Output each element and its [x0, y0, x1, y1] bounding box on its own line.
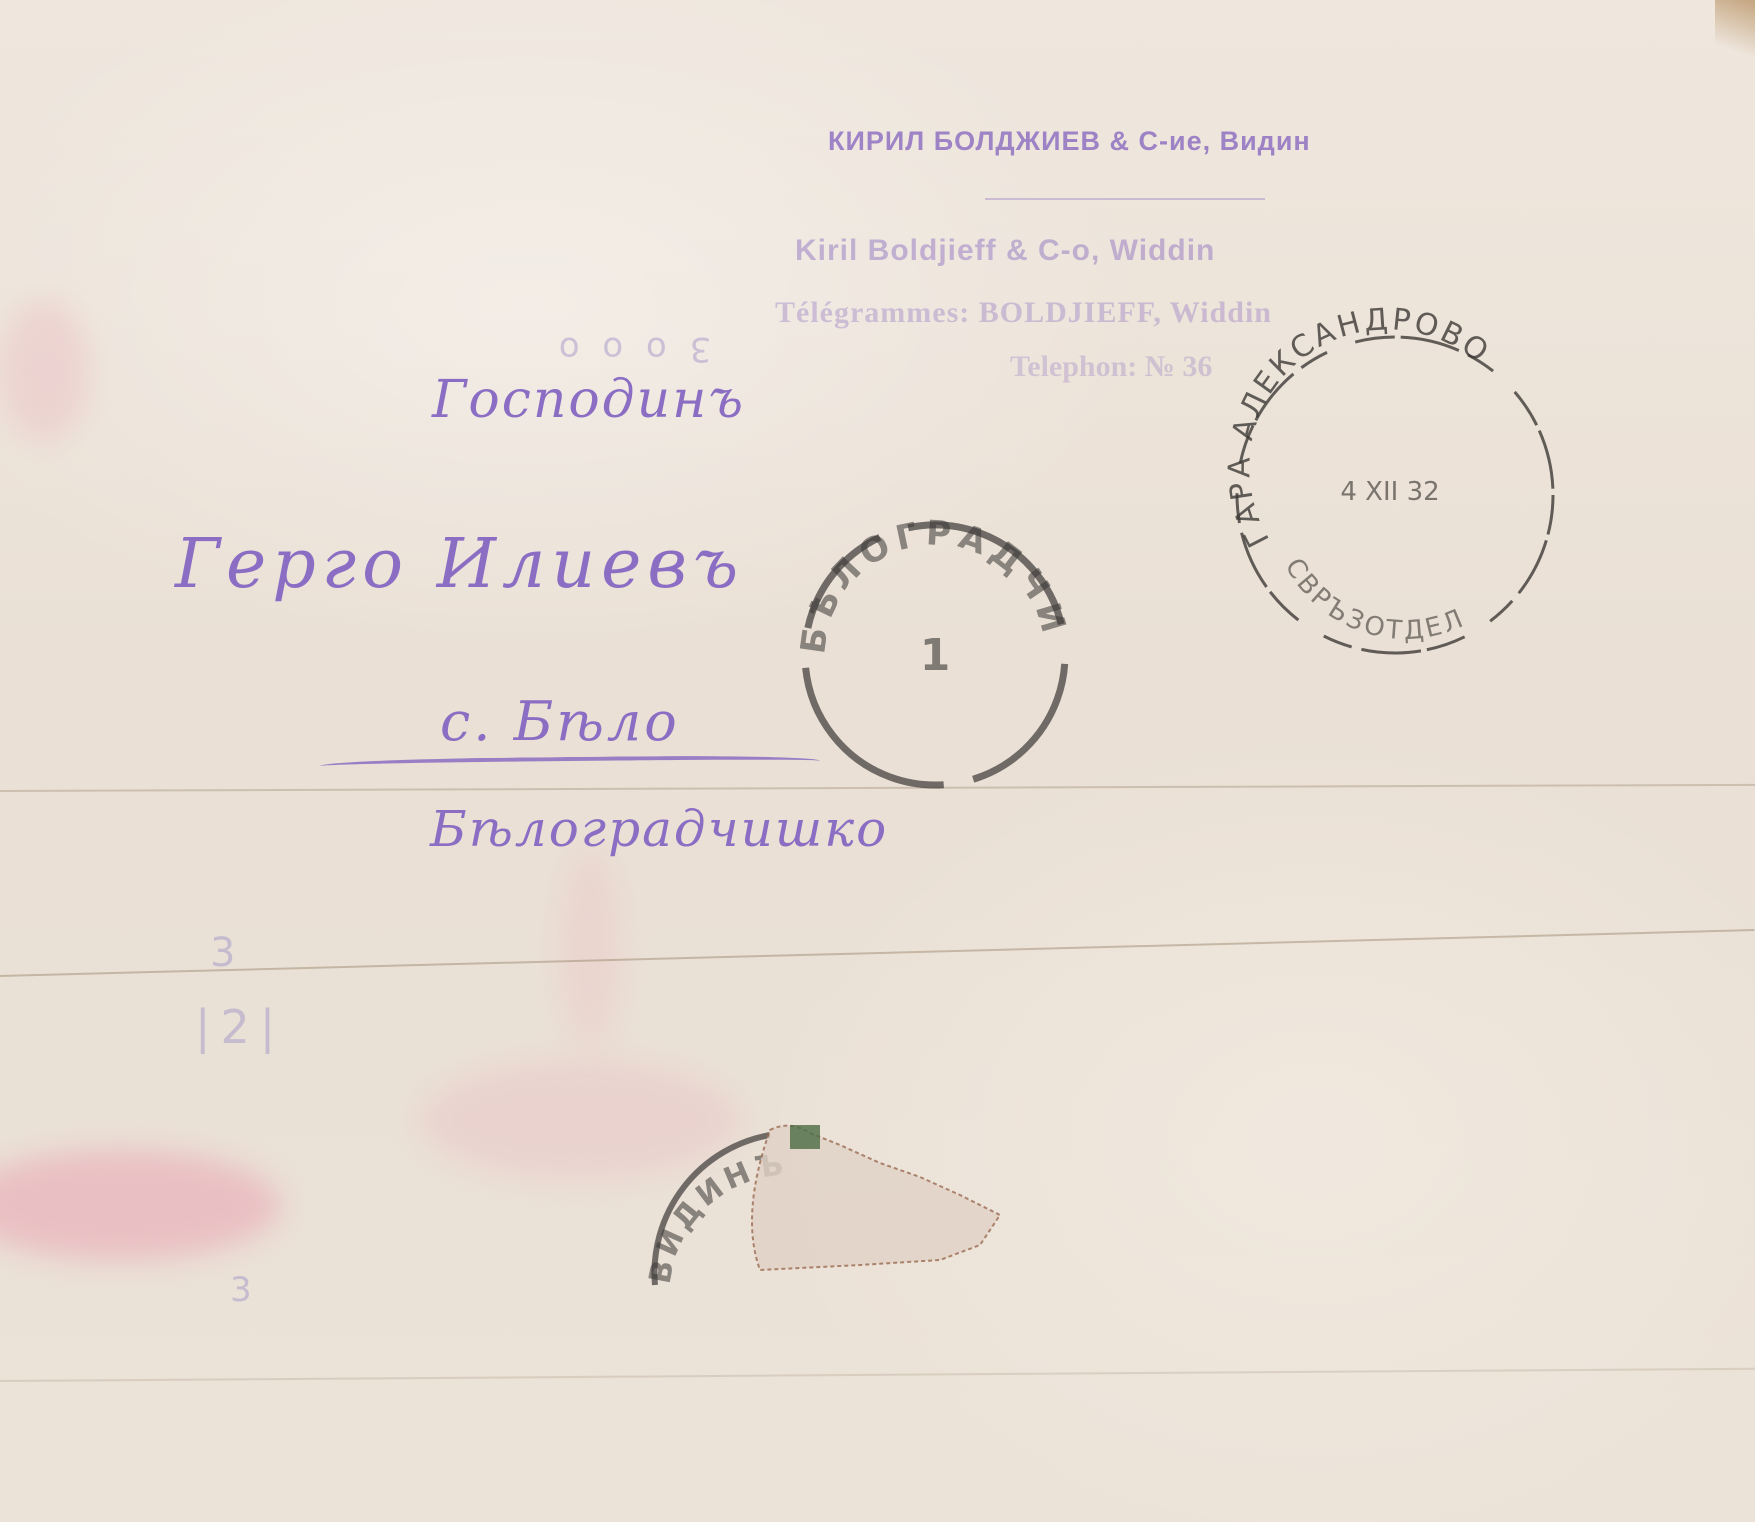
postmark-date: 4 XII 32: [1340, 477, 1439, 507]
pencil-mark: |2|: [195, 1000, 285, 1054]
company-stamp-line: Telephon: № 36: [1010, 350, 1212, 384]
pencil-mark: 3: [210, 930, 235, 976]
postmark-bottom: ВИДИНЪ: [640, 1115, 1060, 1295]
pencil-mark: 3: [230, 1270, 252, 1310]
red-ink-stain: [560, 850, 620, 1050]
address-district: Бѣлоградчишко: [430, 800, 888, 858]
address-village: с. Бѣло: [440, 690, 680, 753]
postmark-ring-text: ГАРА АЛЕКСАНДРОВО: [1222, 302, 1497, 553]
company-stamp-line: КИРИЛ БОЛДЖИЕВ & С-ие, Видин: [828, 126, 1311, 157]
address-name: Герго Илиевъ: [175, 525, 744, 604]
company-stamp-line: Kiril Boldjieff & C-o, Widdin: [795, 234, 1215, 268]
postmark-center-text: 1: [920, 630, 951, 681]
red-ink-stain: [0, 300, 90, 440]
pencil-mark: 3 о о о: [553, 329, 711, 369]
address-salutation: Господинъ: [432, 370, 745, 430]
svg-text:ГАРА АЛЕКСАНДРОВО: ГАРА АЛЕКСАНДРОВО: [1222, 302, 1497, 553]
company-stamp-line: Télégrammes: BOLDJIEFF, Widdin: [775, 296, 1272, 330]
torn-corner: [1715, 0, 1755, 60]
postmark-center: БѢЛОГРАДЧИКЪ 1: [785, 505, 1085, 805]
stamp-remnant: [790, 1125, 820, 1149]
company-stamp-rule: [985, 198, 1265, 200]
postmark-gara-aleksandrovo: ГАРА АЛЕКСАНДРОВО СВРЪЗОТДЕЛЕНИЕ 4 XII 3…: [1225, 325, 1565, 665]
